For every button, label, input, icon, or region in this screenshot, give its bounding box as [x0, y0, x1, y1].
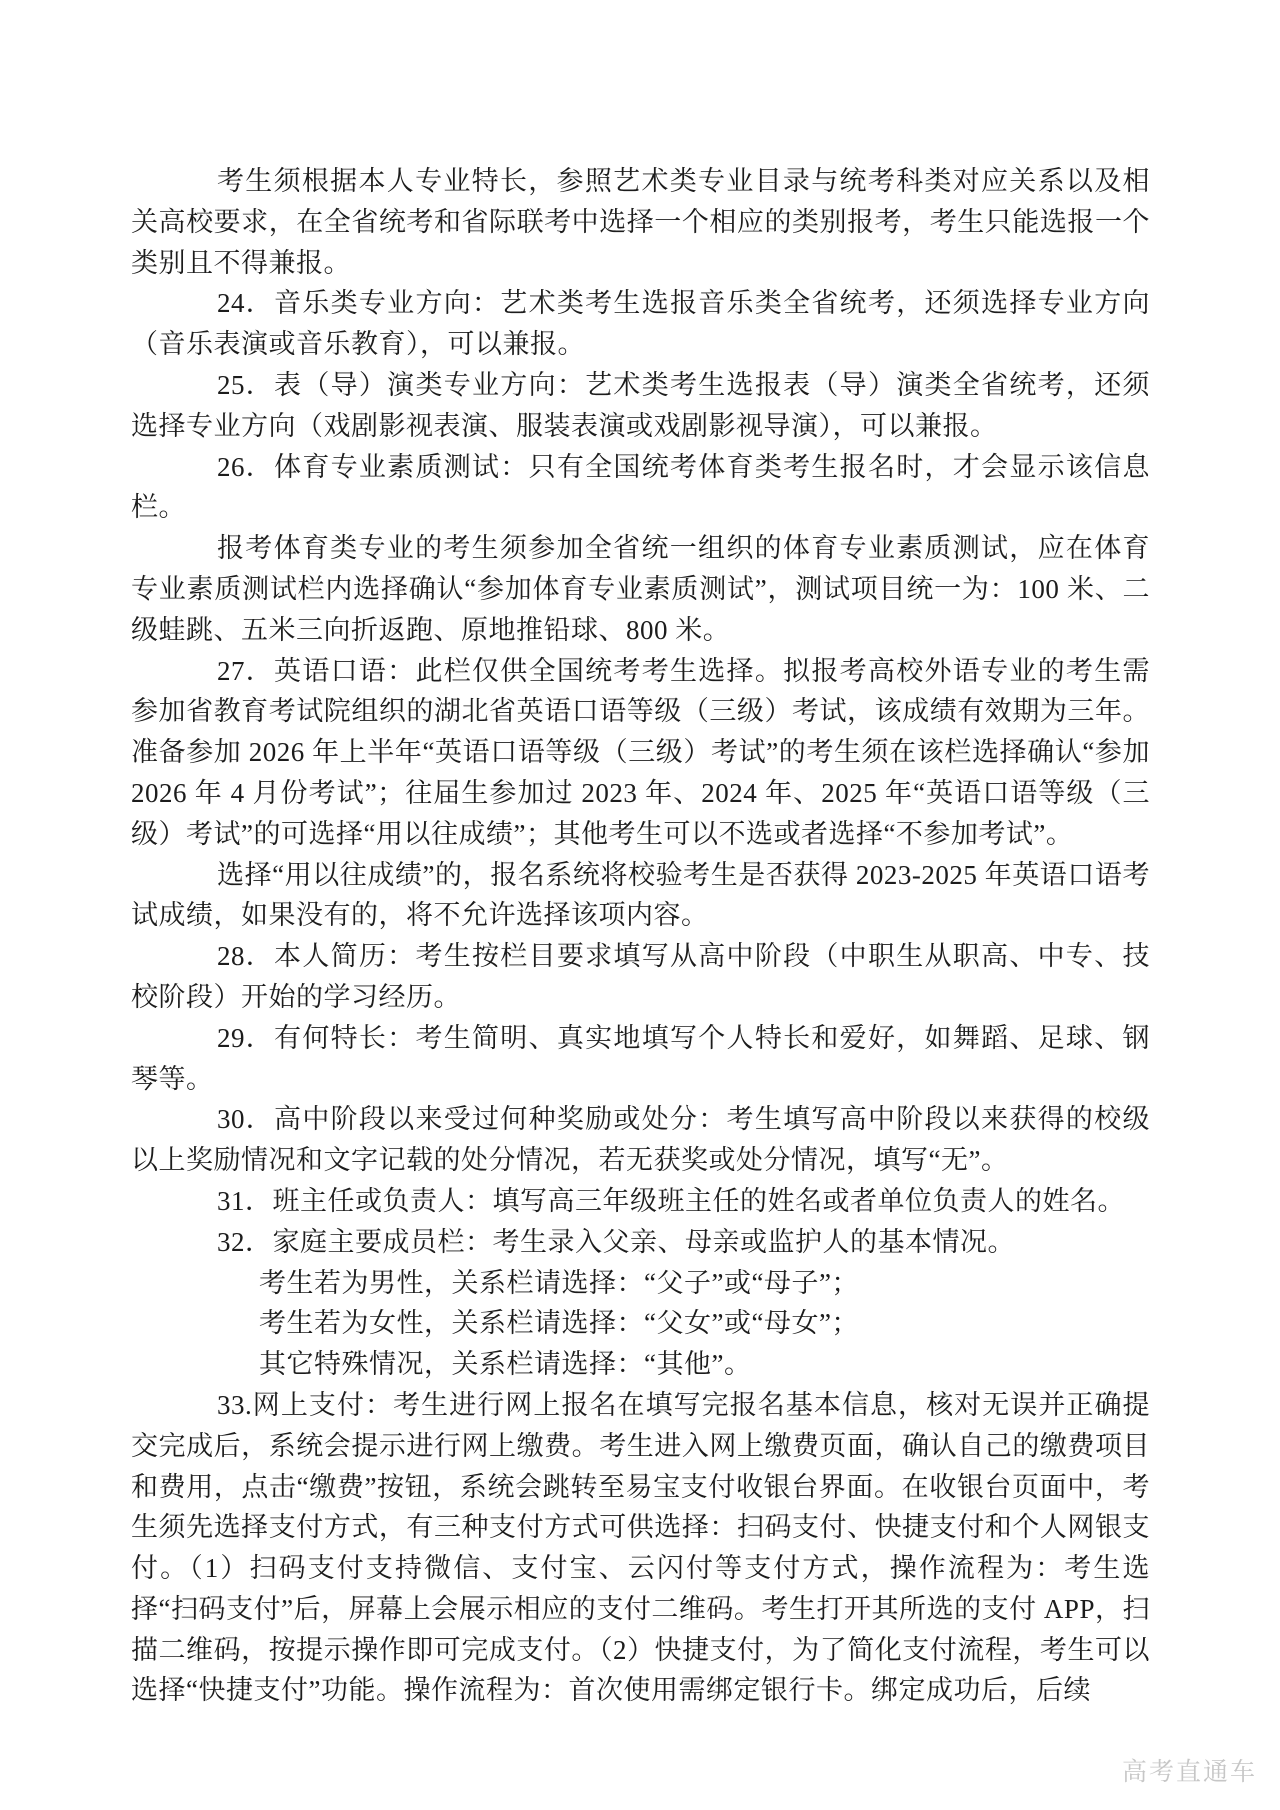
paragraph-item-27-english-oral: 27．英语口语：此栏仅供全国统考考生选择。拟报考高校外语专业的考生需参加省教育考… — [131, 651, 1150, 855]
paragraph-item-31-head-teacher: 31．班主任或负责人：填写高三年级班主任的姓名或者单位负责人的姓名。 — [131, 1181, 1150, 1222]
document-body-text: 考生须根据本人专业特长，参照艺术类专业目录与统考科类对应关系以及相关高校要求，在… — [131, 161, 1150, 1711]
paragraph-english-oral-verification: 选择“用以往成绩”的，报名系统将校验考生是否获得 2023-2025 年英语口语… — [131, 855, 1150, 937]
paragraph-item-32-family-members: 32．家庭主要成员栏：考生录入父亲、母亲或监护人的基本情况。 — [131, 1222, 1150, 1263]
paragraph-relation-male: 考生若为男性，关系栏请选择：“父子”或“母子”； — [131, 1263, 1150, 1304]
paragraph-item-26-sports-test: 26．体育专业素质测试：只有全国统考体育类考生报名时，才会显示该信息栏。 — [131, 447, 1150, 529]
paragraph-item-24-music-direction: 24．音乐类专业方向：艺术类考生选报音乐类全省统考，还须选择专业方向（音乐表演或… — [131, 283, 1150, 365]
watermark: 高考直通车 — [1122, 1752, 1257, 1788]
paragraph-item-25-acting-direction: 25．表（导）演类专业方向：艺术类考生选报表（导）演类全省统考，还须选择专业方向… — [131, 365, 1150, 447]
paragraph-intro-category: 考生须根据本人专业特长，参照艺术类专业目录与统考科类对应关系以及相关高校要求，在… — [131, 161, 1150, 283]
paragraph-relation-other: 其它特殊情况，关系栏请选择：“其他”。 — [131, 1344, 1150, 1385]
paragraph-item-30-awards: 30．高中阶段以来受过何种奖励或处分：考生填写高中阶段以来获得的校级以上奖励情况… — [131, 1099, 1150, 1181]
paragraph-sports-test-details: 报考体育类专业的考生须参加全省统一组织的体育专业素质测试，应在体育专业素质测试栏… — [131, 528, 1150, 650]
document-page: 考生须根据本人专业特长，参照艺术类专业目录与统考科类对应关系以及相关高校要求，在… — [0, 0, 1280, 1810]
paragraph-relation-female: 考生若为女性，关系栏请选择：“父女”或“母女”； — [131, 1303, 1150, 1344]
paragraph-item-29-specialty: 29．有何特长：考生简明、真实地填写个人特长和爱好，如舞蹈、足球、钢琴等。 — [131, 1018, 1150, 1100]
paragraph-item-28-resume: 28．本人简历：考生按栏目要求填写从高中阶段（中职生从职高、中专、技校阶段）开始… — [131, 936, 1150, 1018]
paragraph-item-33-online-payment: 33.网上支付：考生进行网上报名在填写完报名基本信息，核对无误并正确提交完成后，… — [131, 1385, 1150, 1711]
